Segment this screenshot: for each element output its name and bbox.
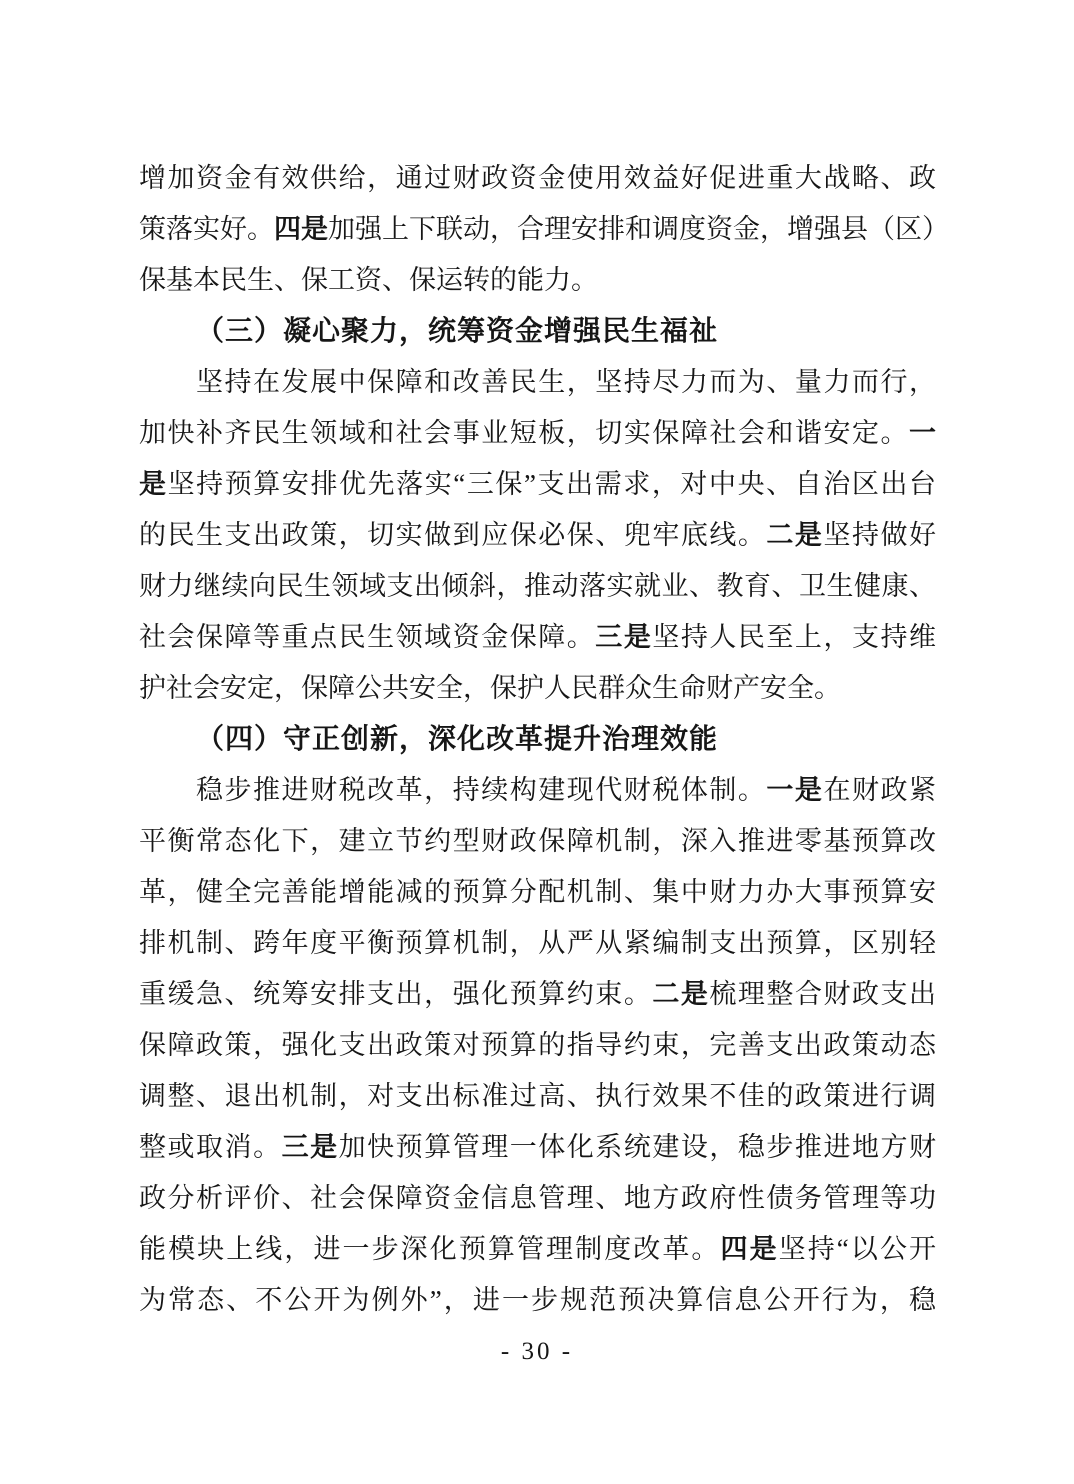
- text-line: 保障政策，强化支出政策对预算的指导约束，完善支出政策动态: [139, 1020, 936, 1071]
- text-line: 排机制、跨年度平衡预算机制，从严从紧编制支出预算，区别轻: [139, 918, 936, 969]
- body-text-run: 整或取消。: [139, 1132, 282, 1162]
- body-text-run: 坚持做好: [823, 520, 936, 550]
- text-line: 坚持在发展中保障和改善民生，坚持尽力而为、量力而行，: [139, 357, 936, 408]
- text-line: 整或取消。三是加快预算管理一体化系统建设，稳步推进地方财: [139, 1122, 936, 1173]
- page-number: - 30 -: [501, 1338, 573, 1365]
- body-text-run: 政分析评价、社会保障资金信息管理、地方政府性债务管理等功: [139, 1183, 936, 1213]
- body-text-run: 稳步推进财税改革，持续构建现代财税体制。: [196, 775, 766, 805]
- body-text-run: 财力继续向民生领域支出倾斜，推动落实就业、教育、卫生健康、: [139, 571, 936, 601]
- body-text-run: 在财政紧: [823, 775, 936, 805]
- text-line: 加快补齐民生领域和社会事业短板，切实保障社会和谐安定。一: [139, 408, 936, 459]
- emphasis-text-run: 一是: [766, 775, 823, 805]
- body-text-run: 护社会安定，保障公共安全，保护人民群众生命财产安全。: [139, 673, 841, 703]
- text-line: 财力继续向民生领域支出倾斜，推动落实就业、教育、卫生健康、: [139, 561, 936, 612]
- emphasis-text-run: 一: [909, 418, 936, 448]
- document-page: 增加资金有效供给，通过财政资金使用效益好促进重大战略、政策落实好。四是加强上下联…: [0, 0, 1074, 1484]
- document-text-block: 增加资金有效供给，通过财政资金使用效益好促进重大战略、政策落实好。四是加强上下联…: [139, 153, 936, 1326]
- body-text-run: 保基本民生、保工资、保运转的能力。: [139, 265, 598, 295]
- body-text-run: 平衡常态化下，建立节约型财政保障机制，深入推进零基预算改: [139, 826, 936, 856]
- body-text-run: 加快补齐民生领域和社会事业短板，切实保障社会和谐安定。: [139, 418, 909, 448]
- body-text-run: 坚持预算安排优先落实“三保”支出需求，对中央、自治区出台: [168, 469, 936, 499]
- text-line: 稳步推进财税改革，持续构建现代财税体制。一是在财政紧: [139, 765, 936, 816]
- body-text-run: 坚持人民至上，支持维: [652, 622, 936, 652]
- body-text-run: 能模块上线，进一步深化预算管理制度改革。: [139, 1234, 721, 1264]
- body-text-run: 保障政策，强化支出政策对预算的指导约束，完善支出政策动态: [139, 1030, 936, 1060]
- text-line: 调整、退出机制，对支出标准过高、执行效果不佳的政策进行调: [139, 1071, 936, 1122]
- body-text-run: 坚持在发展中保障和改善民生，坚持尽力而为、量力而行，: [196, 367, 936, 397]
- body-text-run: 的民生支出政策，切实做到应保必保、兜牢底线。: [139, 520, 766, 550]
- text-line: 是坚持预算安排优先落实“三保”支出需求，对中央、自治区出台: [139, 459, 936, 510]
- text-line: 为常态、不公开为例外”，进一步规范预决算信息公开行为，稳: [139, 1275, 936, 1326]
- text-line: 保基本民生、保工资、保运转的能力。: [139, 255, 936, 306]
- text-line: 重缓急、统筹安排支出，强化预算约束。二是梳理整合财政支出: [139, 969, 936, 1020]
- emphasis-text-run: 二是: [766, 520, 823, 550]
- emphasis-text-run: 是: [139, 469, 168, 499]
- emphasis-text-run: 三是: [595, 622, 652, 652]
- body-text-run: 加强上下联动，合理安排和调度资金，增强县（区）: [328, 214, 949, 244]
- emphasis-text-run: 三是: [282, 1132, 339, 1162]
- body-text-run: 社会保障等重点民生领域资金保障。: [139, 622, 595, 652]
- emphasis-text-run: （四）守正创新，深化改革提升治理效能: [196, 724, 718, 755]
- section-heading-line: （四）守正创新，深化改革提升治理效能: [139, 714, 936, 765]
- page-footer: - 30 -: [0, 1338, 1074, 1366]
- text-line: 护社会安定，保障公共安全，保护人民群众生命财产安全。: [139, 663, 936, 714]
- body-text-run: 坚持“以公开: [779, 1234, 936, 1264]
- text-line: 社会保障等重点民生领域资金保障。三是坚持人民至上，支持维: [139, 612, 936, 663]
- emphasis-text-run: （三）凝心聚力，统筹资金增强民生福祉: [196, 316, 718, 347]
- text-line: 革，健全完善能增能减的预算分配机制、集中财力办大事预算安: [139, 867, 936, 918]
- body-text-run: 加快预算管理一体化系统建设，稳步推进地方财: [339, 1132, 936, 1162]
- section-heading-line: （三）凝心聚力，统筹资金增强民生福祉: [139, 306, 936, 357]
- body-text-run: 梳理整合财政支出: [709, 979, 936, 1009]
- text-line: 能模块上线，进一步深化预算管理制度改革。四是坚持“以公开: [139, 1224, 936, 1275]
- text-line: 策落实好。四是加强上下联动，合理安排和调度资金，增强县（区）: [139, 204, 936, 255]
- body-text-run: 排机制、跨年度平衡预算机制，从严从紧编制支出预算，区别轻: [139, 928, 936, 958]
- text-line: 的民生支出政策，切实做到应保必保、兜牢底线。二是坚持做好: [139, 510, 936, 561]
- body-text-run: 增加资金有效供给，通过财政资金使用效益好促进重大战略、政: [139, 163, 936, 193]
- emphasis-text-run: 二是: [652, 979, 709, 1009]
- text-line: 平衡常态化下，建立节约型财政保障机制，深入推进零基预算改: [139, 816, 936, 867]
- emphasis-text-run: 四是: [721, 1234, 779, 1264]
- text-line: 政分析评价、社会保障资金信息管理、地方政府性债务管理等功: [139, 1173, 936, 1224]
- body-text-run: 调整、退出机制，对支出标准过高、执行效果不佳的政策进行调: [139, 1081, 936, 1111]
- body-text-run: 策落实好。: [139, 214, 274, 244]
- body-text-run: 革，健全完善能增能减的预算分配机制、集中财力办大事预算安: [139, 877, 936, 907]
- body-text-run: 重缓急、统筹安排支出，强化预算约束。: [139, 979, 652, 1009]
- emphasis-text-run: 四是: [274, 214, 328, 244]
- text-line: 增加资金有效供给，通过财政资金使用效益好促进重大战略、政: [139, 153, 936, 204]
- body-text-run: 为常态、不公开为例外”，进一步规范预决算信息公开行为，稳: [139, 1285, 936, 1315]
